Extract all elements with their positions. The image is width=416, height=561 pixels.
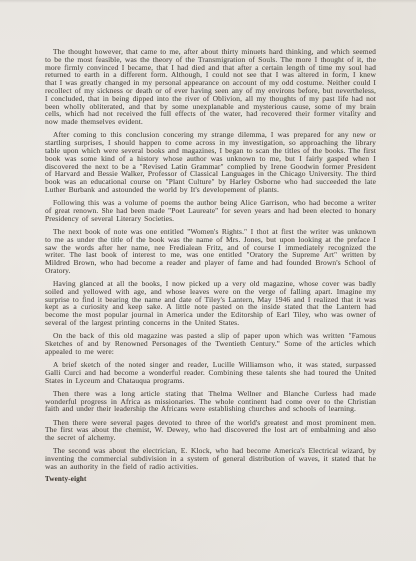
scanned-book-page: The thought however, that came to me, af… <box>0 0 416 561</box>
paragraph-3: Following this was a volume of poems the… <box>45 199 376 222</box>
paragraph-1: The thought however, that came to me, af… <box>45 48 376 126</box>
page-number: Twenty-eight <box>45 476 376 484</box>
paragraph-9: Then there were several pages devoted to… <box>45 419 376 442</box>
paragraph-6: On the back of this old magazine was pas… <box>45 332 376 355</box>
paragraph-5: Having glanced at all the books, I now p… <box>45 280 376 327</box>
paragraph-2: After coming to this conclusion concerin… <box>45 131 376 193</box>
paragraph-7: A brief sketch of the noted singer and r… <box>45 361 376 384</box>
paragraph-10: The second was about the electrician, E.… <box>45 447 376 470</box>
page-text-block: The thought however, that came to me, af… <box>45 48 376 484</box>
paragraph-8: Then there was a long article stating th… <box>45 390 376 413</box>
paragraph-4: The next book of note was one entitled "… <box>45 228 376 275</box>
